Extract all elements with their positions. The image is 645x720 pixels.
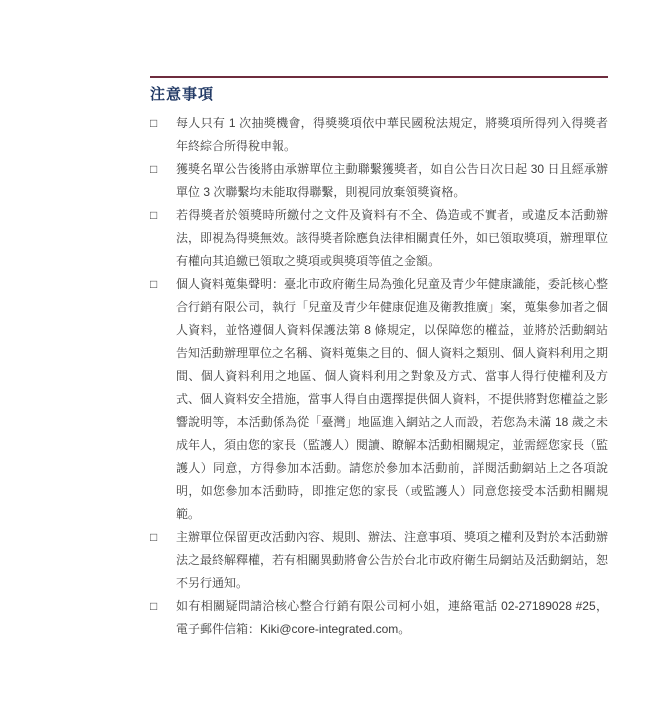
checkbox-bullet-icon: □	[150, 112, 176, 135]
checkbox-bullet-icon: □	[150, 595, 176, 618]
notice-item-text: 個人資料蒐集聲明：臺北市政府衛生局為強化兒童及青少年健康識能，委託核心整合行銷有…	[176, 273, 608, 526]
notice-item-text: 獲獎名單公告後將由承辦單位主動聯繫獲獎者，如自公告日次日起 30 日且經承辦單位…	[176, 158, 608, 204]
notice-item: □ 獲獎名單公告後將由承辦單位主動聯繫獲獎者，如自公告日次日起 30 日且經承辦…	[150, 158, 608, 204]
notice-item: □ 個人資料蒐集聲明：臺北市政府衛生局為強化兒童及青少年健康識能，委託核心整合行…	[150, 273, 608, 526]
notice-section: 注意事項 □ 每人只有 1 次抽獎機會，得獎獎項依中華民國稅法規定，將獎項所得列…	[150, 76, 608, 641]
document-page: 注意事項 □ 每人只有 1 次抽獎機會，得獎獎項依中華民國稅法規定，將獎項所得列…	[0, 0, 645, 720]
notice-item: □ 主辦單位保留更改活動內容、規則、辦法、注意事項、獎項之權利及對於本活動辦法之…	[150, 526, 608, 595]
notice-item: □ 每人只有 1 次抽獎機會，得獎獎項依中華民國稅法規定，將獎項所得列入得獎者年…	[150, 112, 608, 158]
notice-item: □ 如有相關疑問請洽核心整合行銷有限公司柯小姐，連絡電話 02-27189028…	[150, 595, 608, 641]
notice-item-text: 如有相關疑問請洽核心整合行銷有限公司柯小姐，連絡電話 02-27189028 #…	[176, 595, 608, 641]
checkbox-bullet-icon: □	[150, 204, 176, 227]
notice-item-text: 若得獎者於領獎時所繳付之文件及資料有不全、偽造或不實者，或違反本活動辦法，即視為…	[176, 204, 608, 273]
checkbox-bullet-icon: □	[150, 273, 176, 296]
checkbox-bullet-icon: □	[150, 526, 176, 549]
checkbox-bullet-icon: □	[150, 158, 176, 181]
section-title: 注意事項	[150, 84, 608, 106]
notice-item-text: 每人只有 1 次抽獎機會，得獎獎項依中華民國稅法規定，將獎項所得列入得獎者年終綜…	[176, 112, 608, 158]
notice-item: □ 若得獎者於領獎時所繳付之文件及資料有不全、偽造或不實者，或違反本活動辦法，即…	[150, 204, 608, 273]
notice-list: □ 每人只有 1 次抽獎機會，得獎獎項依中華民國稅法規定，將獎項所得列入得獎者年…	[150, 112, 608, 641]
accent-divider-line	[150, 76, 608, 78]
notice-item-text: 主辦單位保留更改活動內容、規則、辦法、注意事項、獎項之權利及對於本活動辦法之最終…	[176, 526, 608, 595]
